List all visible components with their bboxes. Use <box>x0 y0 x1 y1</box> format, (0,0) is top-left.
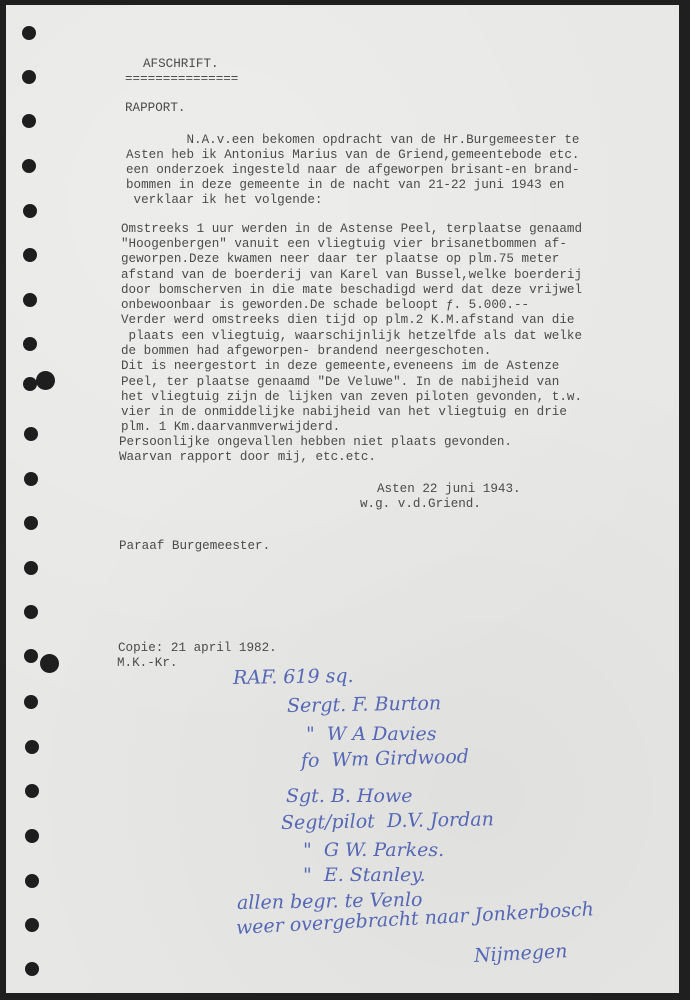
body-line: door bomscherven in die mate beschadigd … <box>121 283 582 298</box>
punch-hole-large-icon <box>36 371 55 390</box>
body-line: onbewoonbaar is geworden.De schade beloo… <box>121 298 529 313</box>
handwritten-line: fo Wm Girdwood <box>301 746 469 772</box>
punch-hole-icon <box>23 337 37 351</box>
punch-hole-icon <box>23 377 37 391</box>
punch-hole-icon <box>22 159 36 173</box>
body-line: plaats een vliegtuig, waarschijnlijk het… <box>121 329 582 344</box>
signature-line: w.g. v.d.Griend. <box>360 497 481 512</box>
punch-hole-icon <box>25 918 39 932</box>
handwritten-line: " G W. Parkes. <box>303 839 444 861</box>
body-line: vier in de onmiddelijke nabijheid van he… <box>121 405 567 420</box>
handwritten-line: Sgt. B. Howe <box>286 785 412 807</box>
punch-hole-icon <box>25 784 39 798</box>
intro-line: een onderzoek ingesteld naar de afgeworp… <box>126 163 579 178</box>
handwritten-line: RAF. 619 sq. <box>233 665 354 689</box>
body-line: Verder werd omstreeks dien tijd op plm.2… <box>121 313 574 328</box>
body-line: geworpen.Deze kwamen neer daar ter plaat… <box>121 252 559 267</box>
copy-date: Copie: 21 april 1982. <box>118 641 277 656</box>
punch-hole-icon <box>25 962 39 976</box>
body-line: plm. 1 Km.daarvanmverwijderd. <box>121 420 340 435</box>
document-title: AFSCHRIFT. <box>143 57 219 72</box>
punch-hole-icon <box>23 248 37 262</box>
body-line: Peel, ter plaatse genaamd "De Veluwe". I… <box>121 375 559 390</box>
body-line: Dit is neergestort in deze gemeente,even… <box>121 359 559 374</box>
punch-hole-icon <box>25 740 39 754</box>
body-line: "Hoogenbergen" vanuit een vliegtuig vier… <box>121 237 567 252</box>
punch-hole-icon <box>25 874 39 888</box>
punch-hole-icon <box>23 293 37 307</box>
report-label: RAPPORT. <box>125 101 185 116</box>
punch-hole-icon <box>24 472 38 486</box>
handwritten-line: " W A Davies <box>306 723 437 745</box>
punch-hole-icon <box>23 204 37 218</box>
place-date: Asten 22 juni 1943. <box>377 482 521 497</box>
punch-hole-icon <box>25 829 39 843</box>
punch-hole-icon <box>24 427 38 441</box>
intro-line: verklaar ik het volgende: <box>126 193 323 208</box>
punch-hole-icon <box>22 26 36 40</box>
handwritten-line: Sergt. F. Burton <box>287 692 441 717</box>
handwritten-line: Segt/pilot D.V. Jordan <box>281 808 494 834</box>
punch-hole-icon <box>24 516 38 530</box>
intro-line: N.A.v.een bekomen opdracht van de Hr.Bur… <box>126 133 579 148</box>
body-line: afstand van de boerderij van Karel van B… <box>121 268 582 283</box>
intro-line: Asten heb ik Antonius Marius van de Grie… <box>126 148 579 163</box>
punch-hole-large-icon <box>40 654 59 673</box>
body-line: de bommen had afgeworpen- brandend neerg… <box>121 344 491 359</box>
body-line: Omstreeks 1 uur werden in de Astense Pee… <box>121 222 582 237</box>
body-line: Waarvan rapport door mij, etc.etc. <box>119 450 376 465</box>
document-page: AFSCHRIFT. =============== RAPPORT. N.A.… <box>6 5 679 993</box>
body-line: het vliegtuig zijn de lijken van zeven p… <box>121 390 582 405</box>
paraaf-label: Paraaf Burgemeester. <box>119 539 270 554</box>
punch-hole-icon <box>22 114 36 128</box>
punch-hole-icon <box>24 695 38 709</box>
punch-hole-icon <box>22 70 36 84</box>
intro-line: bommen in deze gemeente in de nacht van … <box>126 178 564 193</box>
punch-hole-icon <box>24 561 38 575</box>
handwritten-line: " E. Stanley. <box>303 864 426 886</box>
punch-hole-icon <box>24 605 38 619</box>
punch-hole-icon <box>24 649 38 663</box>
copy-initials: M.K.-Kr. <box>117 656 177 671</box>
title-underline: =============== <box>125 72 238 87</box>
body-line: Persoonlijke ongevallen hebben niet plaa… <box>119 435 512 450</box>
handwritten-line: Nijmegen <box>473 940 568 967</box>
